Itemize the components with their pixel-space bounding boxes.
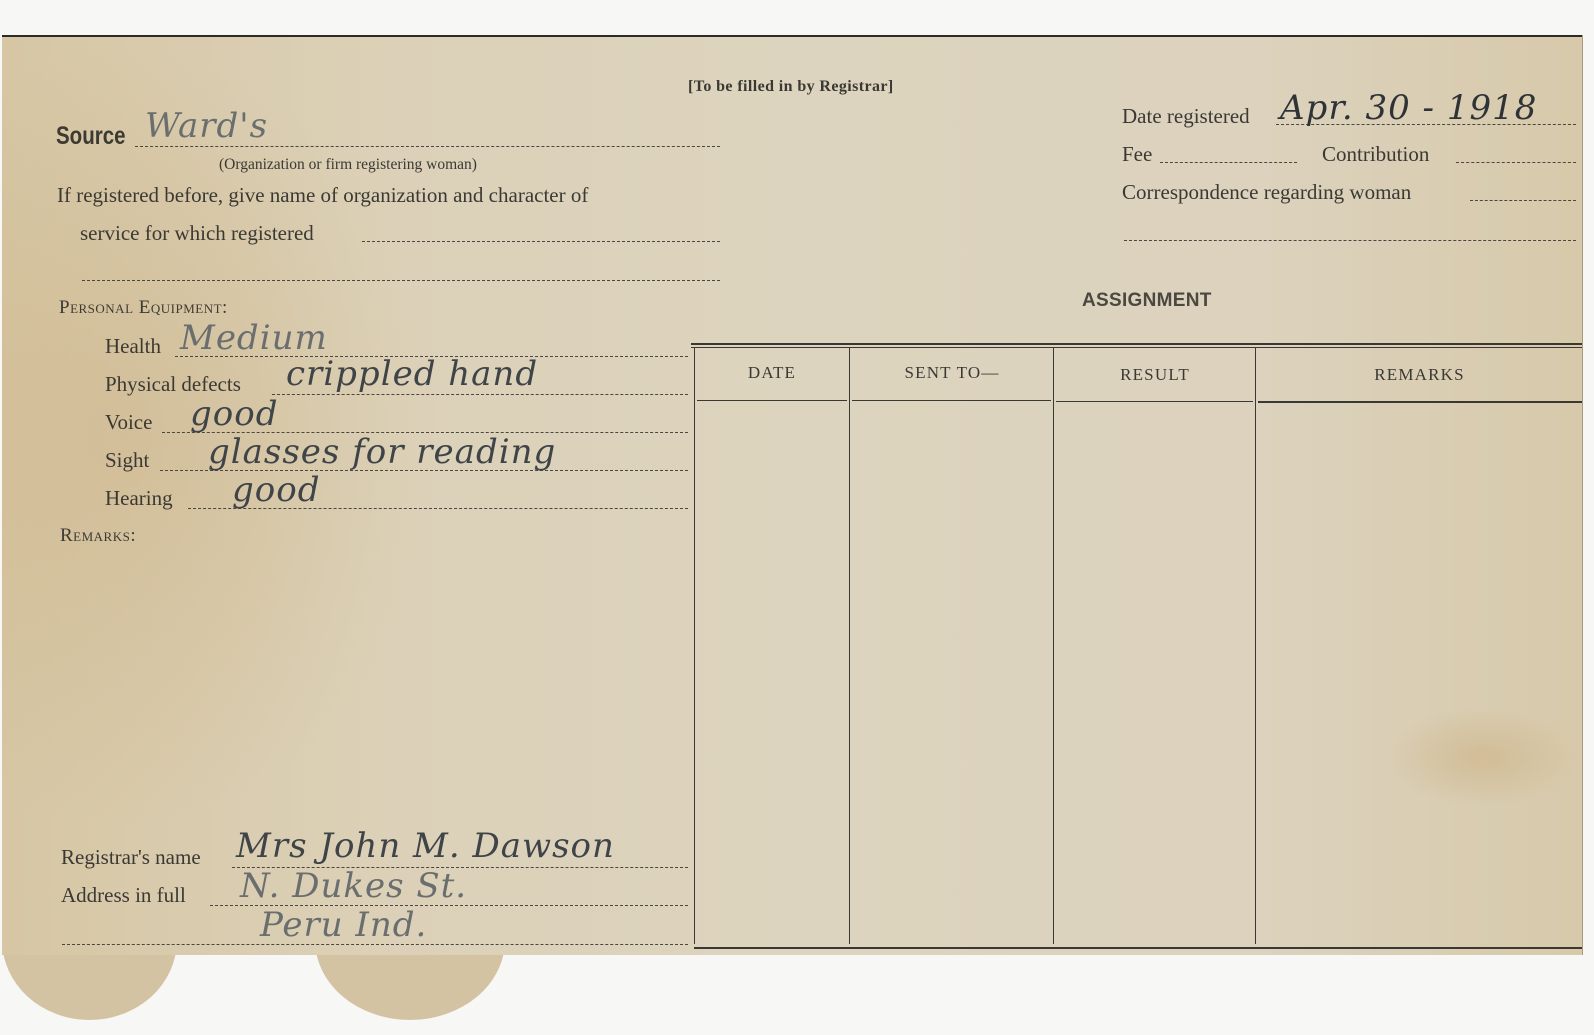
hearing-value[interactable]: good	[232, 470, 320, 510]
date-registered-label: Date registered	[1122, 104, 1250, 129]
contribution-label: Contribution	[1322, 142, 1429, 167]
source-label: Source	[56, 122, 126, 151]
health-label: Health	[105, 334, 161, 359]
registrar-name-label: Registrar's name	[61, 845, 201, 870]
registered-before-line-1[interactable]	[362, 241, 720, 242]
address-value-line1[interactable]: N. Dukes St.	[240, 866, 467, 906]
date-registered-value[interactable]: Apr. 30 - 1918	[1280, 88, 1537, 128]
contribution-line[interactable]	[1456, 162, 1576, 163]
assignment-col-divider-2	[1053, 348, 1054, 944]
header-rule-date	[697, 400, 847, 401]
assignment-title: ASSIGNMENT	[1082, 290, 1212, 312]
assignment-cell-date[interactable]	[696, 402, 848, 942]
assignment-top-rule-1	[691, 343, 1582, 345]
sight-label: Sight	[105, 448, 149, 473]
assignment-top-rule-2	[691, 347, 1582, 348]
assignment-cell-remarks[interactable]	[1257, 402, 1582, 942]
fee-line[interactable]	[1160, 162, 1297, 163]
sight-value[interactable]: glasses for reading	[208, 432, 556, 472]
column-header-sent-to: SENT TO—	[851, 363, 1053, 383]
correspondence-line-2[interactable]	[1124, 240, 1576, 241]
correspondence-label: Correspondence regarding woman	[1122, 180, 1411, 205]
assignment-cell-sent-to[interactable]	[851, 402, 1053, 942]
column-header-remarks: REMARKS	[1257, 365, 1582, 385]
personal-equipment-title: Personal Equipment:	[59, 297, 228, 319]
assignment-col-divider-0	[694, 348, 695, 944]
registered-before-prompt: If registered before, give name of organ…	[57, 183, 588, 208]
header-rule-sent-to	[852, 400, 1051, 401]
assignment-col-divider-3	[1255, 348, 1256, 944]
health-value[interactable]: Medium	[180, 318, 328, 358]
registered-before-line-2[interactable]	[82, 280, 720, 281]
correspondence-line-1[interactable]	[1470, 200, 1576, 201]
assignment-col-divider-1	[849, 348, 850, 944]
address-value-line2[interactable]: Peru Ind.	[260, 905, 427, 945]
registrar-note: [To be filled in by Registrar]	[688, 78, 894, 96]
column-header-result: RESULT	[1055, 365, 1255, 385]
source-line	[135, 146, 720, 147]
address-label: Address in full	[61, 883, 186, 908]
registrar-name-value[interactable]: Mrs John M. Dawson	[236, 826, 615, 866]
assignment-cell-result[interactable]	[1055, 402, 1255, 942]
source-caption: (Organization or firm registering woman)	[219, 156, 477, 174]
hearing-label: Hearing	[105, 486, 173, 511]
remarks-label: Remarks:	[60, 525, 136, 547]
registered-before-service-label: service for which registered	[80, 221, 314, 246]
fee-label: Fee	[1122, 142, 1152, 167]
physical-defects-value[interactable]: crippled hand	[286, 354, 538, 394]
assignment-bottom-rule	[694, 947, 1582, 949]
voice-label: Voice	[105, 410, 152, 435]
column-header-date: DATE	[696, 363, 848, 383]
voice-value[interactable]: good	[190, 394, 278, 434]
physical-defects-line	[272, 394, 688, 395]
source-value[interactable]: Ward's	[145, 106, 268, 146]
